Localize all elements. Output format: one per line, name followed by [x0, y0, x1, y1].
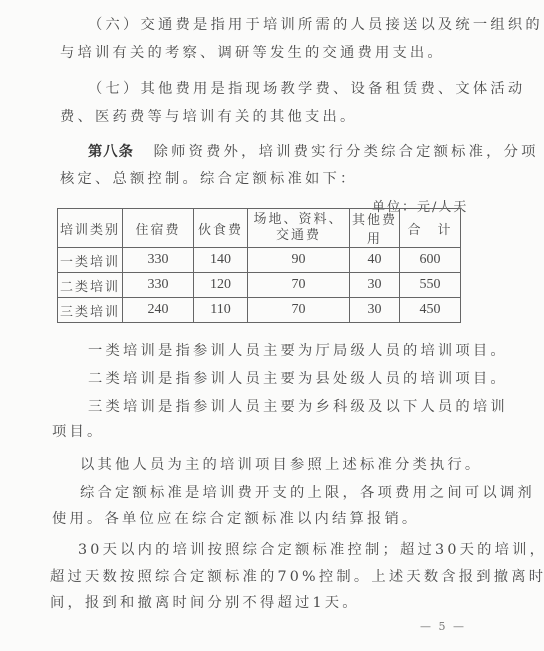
header-category: 培训类别: [58, 209, 123, 248]
cell-total: 600: [400, 248, 461, 273]
header-lodging: 住宿费: [123, 209, 194, 248]
cell-meals: 110: [194, 298, 248, 323]
article-8-line-2: 核定、总额控制。综合定额标准如下：: [60, 170, 357, 188]
note-class-2: 二类培训是指参训人员主要为县处级人员的培训项目。: [88, 370, 508, 388]
note-class-3-line-2: 项目。: [52, 423, 105, 441]
cell-meals: 120: [194, 273, 248, 298]
cell-lodging: 330: [123, 273, 194, 298]
cell-other: 30: [350, 298, 400, 323]
note-duration-line-2: 超过天数按照综合定额标准的70%控制。上述天数含报到撤离时: [50, 568, 544, 586]
cell-meals: 140: [194, 248, 248, 273]
paragraph-7-line-2: 费、医药费等与培训有关的其他支出。: [60, 108, 357, 126]
note-duration-line-3: 间，报到和撤离时间分别不得超过1天。: [50, 594, 360, 612]
paragraph-6-line-1: （六）交通费是指用于培训所需的人员接送以及统一组织的: [88, 16, 543, 34]
header-venue-materials-transport: 场地、资料、 交通费: [248, 209, 350, 248]
header-venue-line-1: 场地、资料、: [248, 212, 349, 228]
note-others: 以其他人员为主的培训项目参照上述标准分类执行。: [80, 456, 482, 474]
cell-venue: 70: [248, 273, 350, 298]
cell-category: 三类培训: [58, 298, 123, 323]
article-8-body: 除师资费外，培训费实行分类综合定额标准，分项: [154, 144, 539, 160]
table-header-row: 培训类别 住宿费 伙食费 场地、资料、 交通费 其他费用 合 计: [58, 209, 461, 248]
note-class-3-line-1: 三类培训是指参训人员主要为乡科级及以下人员的培训: [88, 398, 508, 416]
cell-other: 30: [350, 273, 400, 298]
table-row: 二类培训 330 120 70 30 550: [58, 273, 461, 298]
header-total: 合 计: [400, 209, 461, 248]
note-quota-line-1: 综合定额标准是培训费开支的上限，各项费用之间可以调剂: [80, 484, 535, 502]
header-venue-line-2: 交通费: [248, 228, 349, 244]
cell-lodging: 240: [123, 298, 194, 323]
cell-total: 450: [400, 298, 461, 323]
cell-other: 40: [350, 248, 400, 273]
header-meals: 伙食费: [194, 209, 248, 248]
training-fee-table: 培训类别 住宿费 伙食费 场地、资料、 交通费 其他费用 合 计 一类培训 33…: [57, 208, 461, 323]
note-quota-line-2: 使用。各单位应在综合定额标准以内结算报销。: [52, 510, 419, 528]
table-row: 一类培训 330 140 90 40 600: [58, 248, 461, 273]
table-row: 三类培训 240 110 70 30 450: [58, 298, 461, 323]
article-8-title: 第八条: [88, 144, 134, 160]
cell-total: 550: [400, 273, 461, 298]
cell-category: 一类培训: [58, 248, 123, 273]
cell-category: 二类培训: [58, 273, 123, 298]
cell-venue: 90: [248, 248, 350, 273]
paragraph-6-line-2: 与培训有关的考察、调研等发生的交通费用支出。: [60, 44, 445, 62]
note-class-1: 一类培训是指参训人员主要为厅局级人员的培训项目。: [88, 342, 508, 360]
header-other: 其他费用: [350, 209, 400, 248]
article-8-line-1: 第八条 除师资费外，培训费实行分类综合定额标准，分项: [88, 143, 539, 161]
cell-lodging: 330: [123, 248, 194, 273]
page-number: — 5 —: [420, 620, 466, 633]
paragraph-7-line-1: （七）其他费用是指现场教学费、设备租赁费、文体活动: [88, 80, 525, 98]
note-duration-line-1: 30天以内的培训按照综合定额标准控制；超过30天的培训，: [78, 541, 544, 559]
cell-venue: 70: [248, 298, 350, 323]
